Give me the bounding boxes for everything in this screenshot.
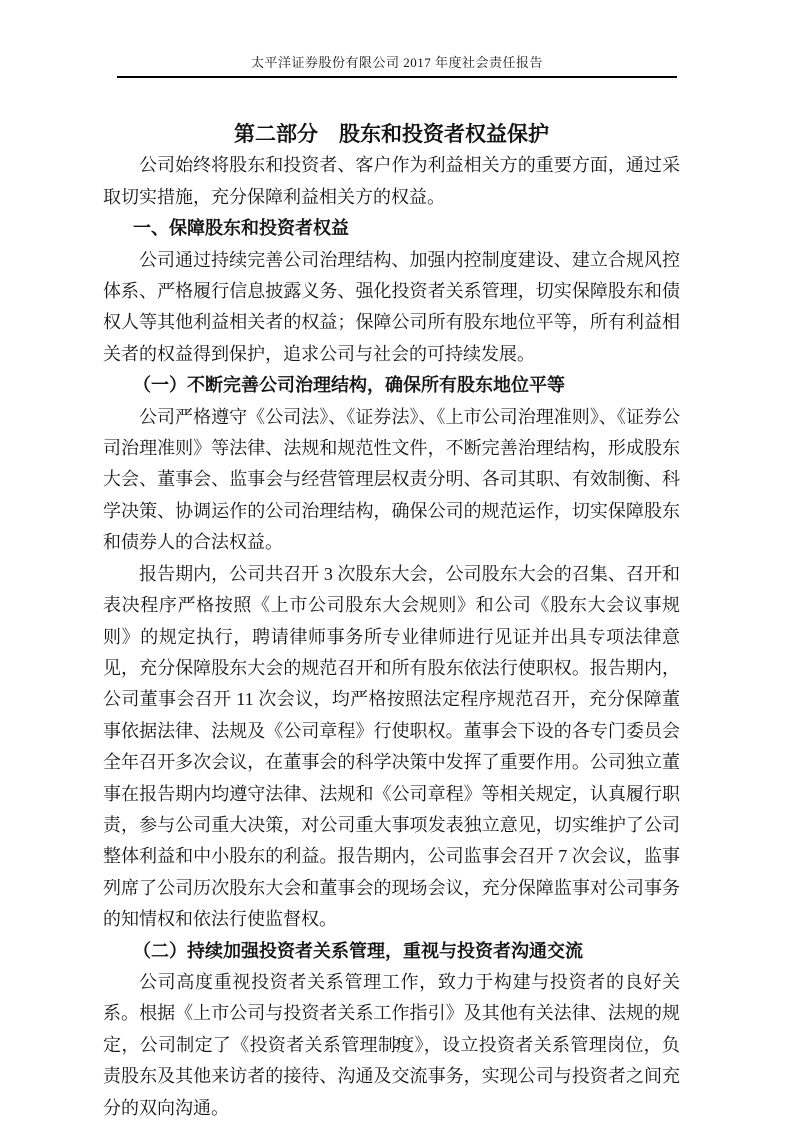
page-header: 太平洋证券股份有限公司 2017 年度社会责任报告 [117,0,677,78]
page-number: 2 [393,1036,400,1051]
document-body: 第二部分 股东和投资者权益保护 公司始终将股东和投资者、客户作为利益相关方的重要… [103,119,680,1122]
paragraph-intro: 公司始终将股东和投资者、客户作为利益相关方的重要方面，通过采取切实措施，充分保障… [103,150,680,213]
section-title: 第二部分 股东和投资者权益保护 [103,119,680,150]
report-header-title: 太平洋证券股份有限公司 2017 年度社会责任报告 [251,55,543,70]
heading-subsection-1-2: （二）持续加强投资者关系管理，重视与投资者沟通交流 [103,936,680,967]
paragraph-meetings-report: 报告期内，公司共召开 3 次股东大会，公司股东大会的召集、召开和表决程序严格按照… [103,559,680,936]
heading-section-1: 一、保障股东和投资者权益 [103,213,680,244]
page-footer: 2 [0,1036,793,1052]
document-page: 太平洋证券股份有限公司 2017 年度社会责任报告 第二部分 股东和投资者权益保… [0,0,793,1122]
paragraph-governance-structure: 公司严格遵守《公司法》、《证券法》、《上市公司治理准则》、《证券公司治理准则》等… [103,402,680,559]
paragraph-governance-overview: 公司通过持续完善公司治理结构、加强内控制度建设、建立合规风控体系、严格履行信息披… [103,245,680,371]
heading-subsection-1-1: （一）不断完善公司治理结构，确保所有股东地位平等 [103,370,680,401]
